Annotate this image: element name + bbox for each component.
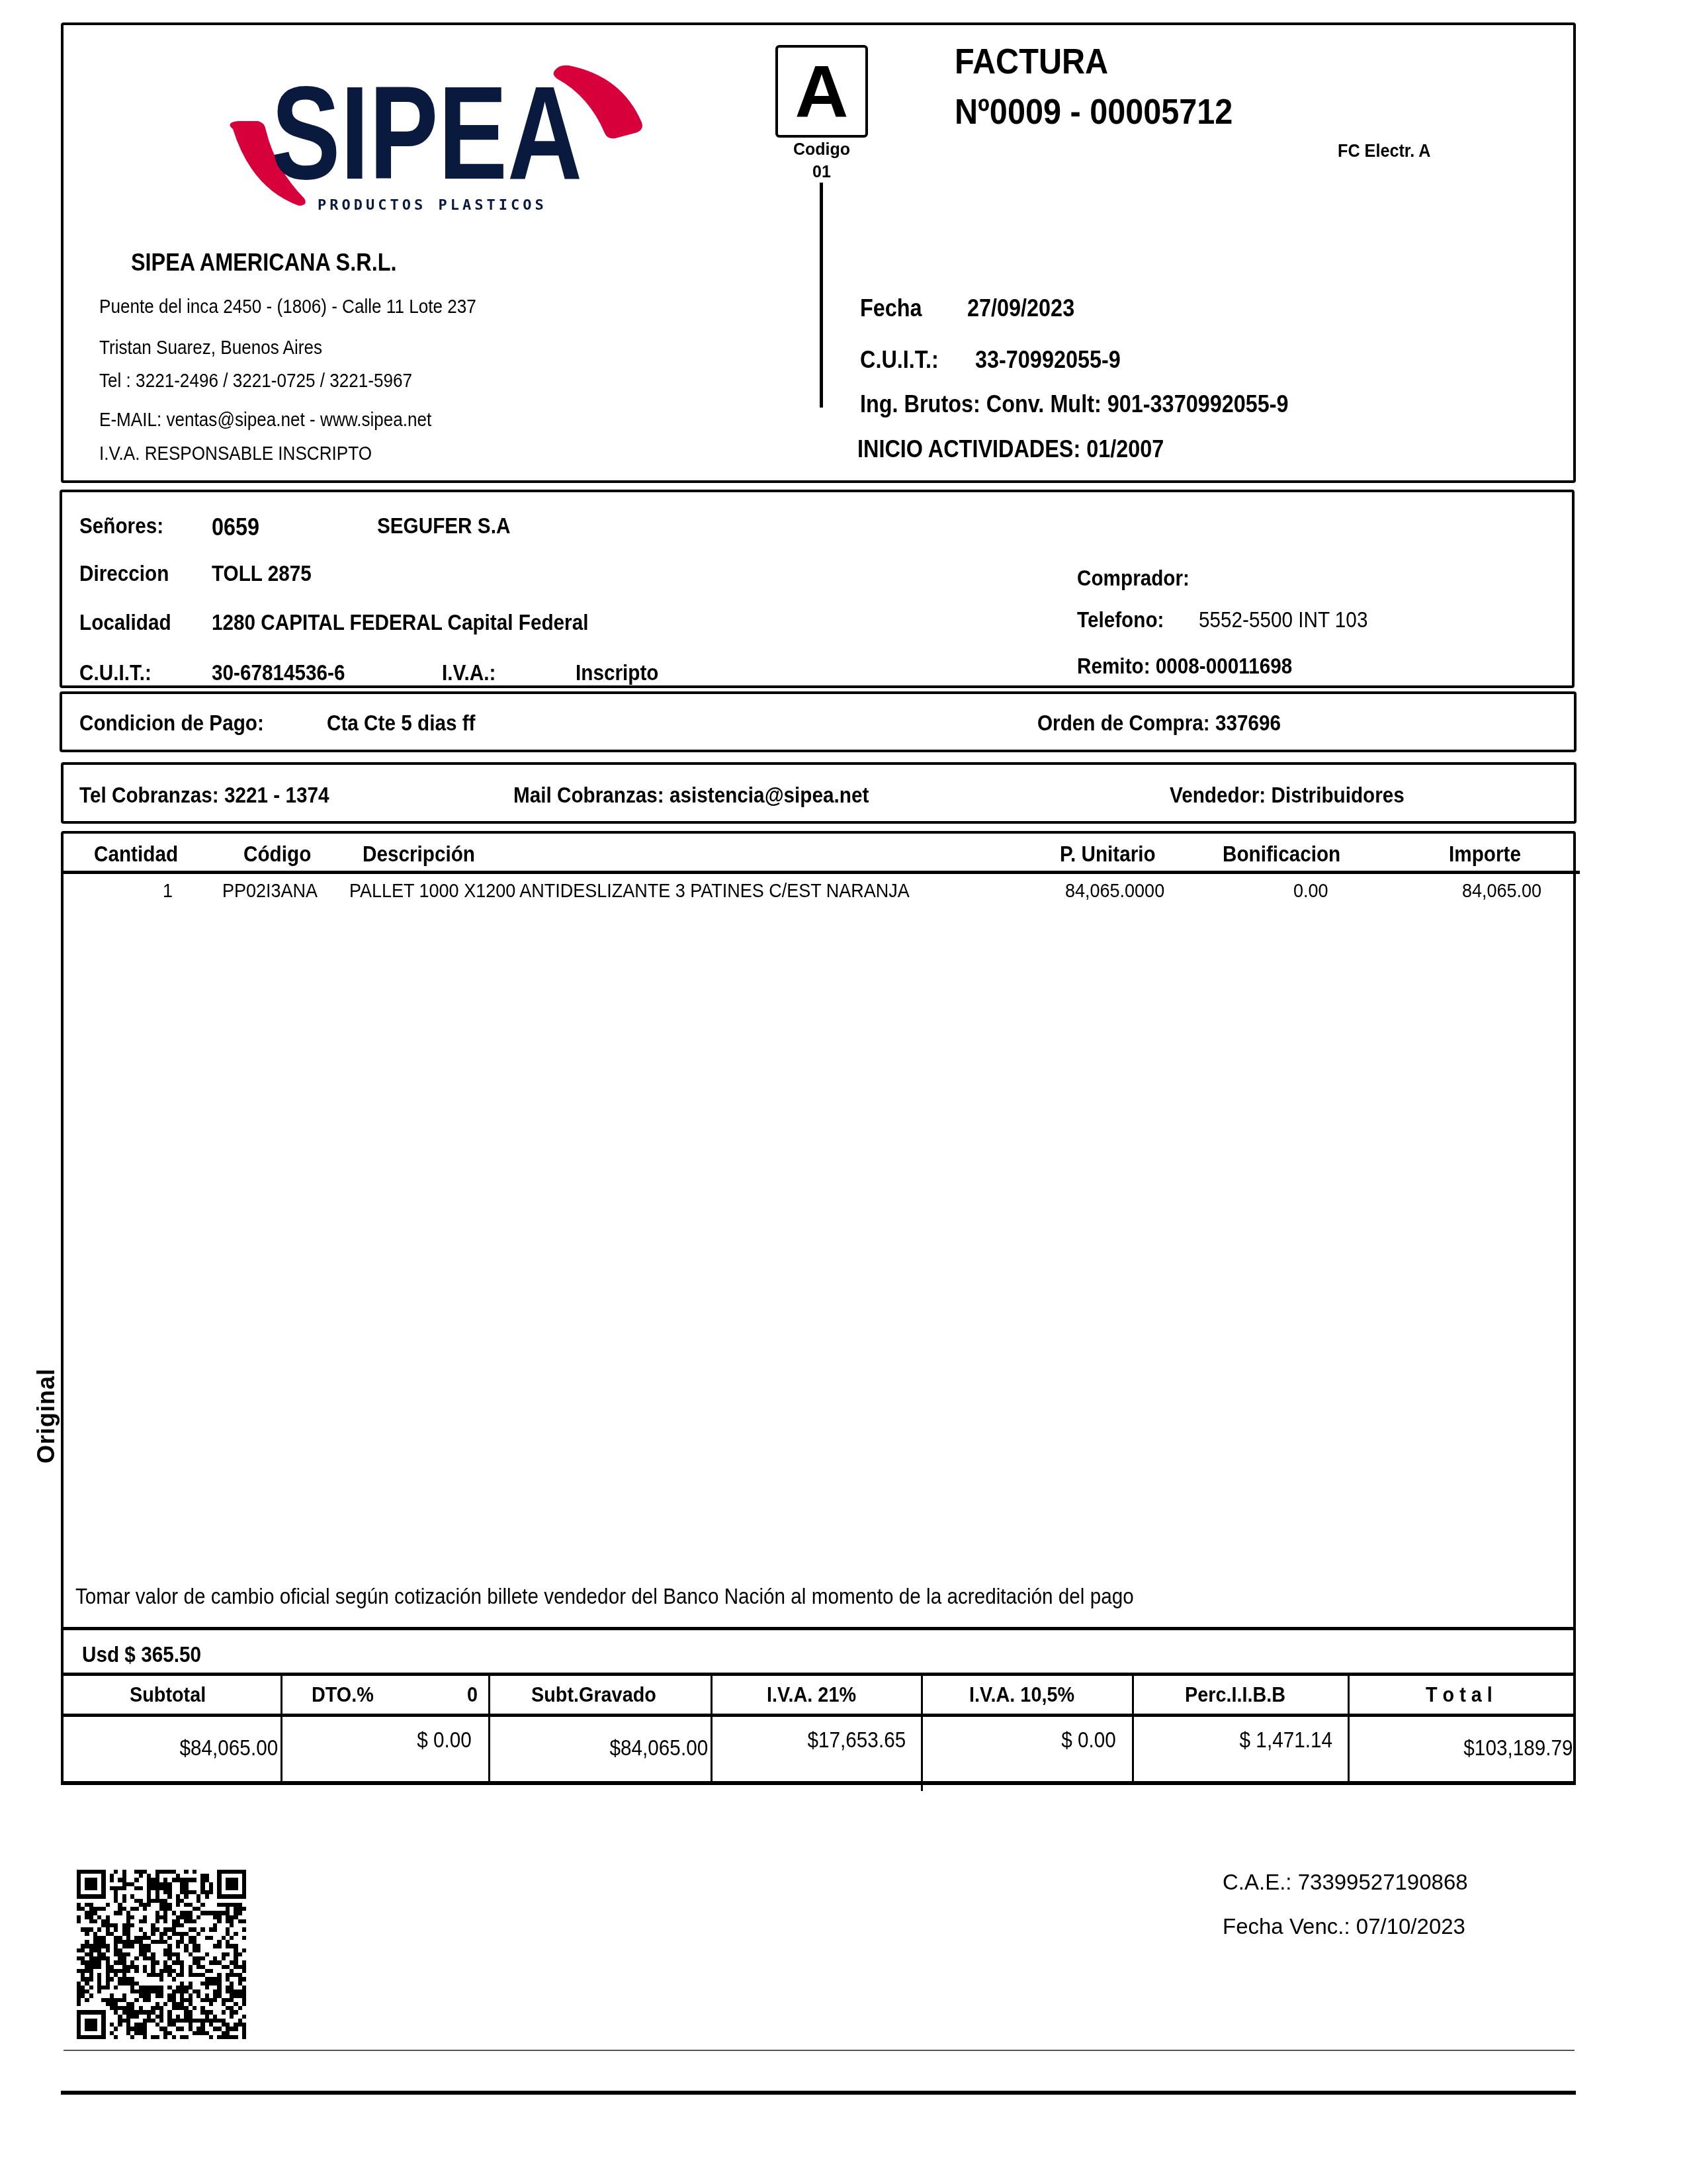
client-cuit-value: 30-67814536-6: [212, 660, 360, 685]
row-codigo: PP02I3ANA: [222, 880, 328, 902]
inicio-actividades: INICIO ACTIVIDADES: 01/2007: [857, 435, 1198, 463]
total-subtotal: $84,065.00: [64, 1728, 281, 1768]
svg-text:SIPEA: SIPEA: [271, 60, 582, 207]
logo-tagline: PRODUCTOS PLASTICOS: [318, 197, 547, 214]
fecha-value: 27/09/2023: [967, 294, 1086, 322]
codigo-label: Codigo: [775, 140, 868, 159]
invoice-letter-box: A: [775, 45, 868, 138]
client-cuit-label: C.U.I.T.:: [79, 660, 159, 685]
cae-expiry: Fecha Venc.: 07/10/2023: [1223, 1914, 1465, 1939]
invoice-number: Nº0009 - 00005712: [955, 91, 1264, 132]
row-importe: 84,065.00: [1462, 880, 1550, 902]
invoice-title: FACTURA: [955, 41, 1125, 82]
issuer-phone: Tel : 3221-2496 / 3221-0725 / 3221-5967: [99, 371, 447, 392]
th-subtotal: Subtotal: [64, 1676, 281, 1714]
items-table: [61, 831, 1576, 1784]
sipea-logo: SIPEA PRODUCTOS PLASTICOS: [218, 56, 655, 215]
issuer-address: Puente del inca 2450 - (1806) - Calle 11…: [99, 296, 518, 318]
th-perc-iibb: Perc.I.I.B.B: [1134, 1676, 1348, 1714]
row-descripcion: PALLET 1000 X1200 ANTIDESLIZANTE 3 PATIN…: [349, 880, 972, 902]
invoice-letter: A: [795, 49, 849, 134]
tel-cobranzas: Tel Cobranzas: 3221 - 1374: [79, 783, 357, 808]
total-iva-21: $17,653.65: [713, 1720, 908, 1760]
total-dto: $ 0.00: [282, 1720, 474, 1760]
th-iva-105: I.V.A. 10,5%: [923, 1676, 1132, 1714]
senores-label: Señores:: [79, 513, 173, 539]
usd-amount: Usd $ 365.50: [82, 1642, 214, 1667]
footer-inner-line: [64, 2050, 1575, 2051]
orden-compra: Orden de Compra: 337696: [1037, 711, 1308, 736]
issuer-name: SIPEA AMERICANA S.R.L.: [131, 249, 426, 277]
issuer-cuit-value: 33-70992055-9: [975, 346, 1137, 374]
mail-cobranzas: Mail Cobranzas: asistencia@sipea.net: [513, 783, 908, 808]
invoice-type: FC Electr. A: [1338, 140, 1441, 161]
th-iva-21: I.V.A. 21%: [713, 1676, 921, 1714]
condicion-pago-label: Condicion de Pago:: [79, 711, 284, 736]
client-iva-value: Inscripto: [576, 660, 668, 685]
ing-brutos: Ing. Brutos: Conv. Mult: 901-3370992055-…: [860, 390, 1336, 418]
col-codigo: Código: [243, 842, 319, 867]
col-descripcion: Descripción: [363, 842, 488, 867]
issuer-cuit-label: C.U.I.T.:: [860, 346, 947, 374]
row-cantidad: 1: [163, 880, 174, 902]
issuer-city: Tristan Suarez, Buenos Aires: [99, 337, 347, 359]
comprador-label: Comprador:: [1077, 566, 1202, 591]
exchange-rate-note: Tomar valor de cambio oficial según coti…: [75, 1584, 1252, 1609]
th-subt-gravado: Subt.Gravado: [490, 1676, 711, 1714]
payment-section: [60, 691, 1577, 752]
th-dto: DTO.% 0: [282, 1676, 488, 1714]
remito: Remito: 0008-00011698: [1077, 654, 1316, 679]
footer-bottom-line: [61, 2091, 1576, 2095]
codigo-number: 01: [775, 163, 868, 182]
direccion-label: Direccion: [79, 561, 179, 586]
th-total: T o t a l: [1350, 1676, 1576, 1714]
direccion-value: TOLL 2875: [212, 561, 323, 586]
col-importe: Importe: [1449, 842, 1529, 867]
header-divider: [820, 183, 823, 408]
client-section: [60, 490, 1575, 688]
telefono-value: 5552-5500 INT 103: [1199, 607, 1387, 633]
localidad-value: 1280 CAPITAL FEDERAL Capital Federal: [212, 610, 630, 635]
fecha-label: Fecha: [860, 294, 929, 322]
dto-percent-value: 0: [467, 1682, 478, 1707]
total-amount: $103,189.79: [1350, 1728, 1576, 1768]
issuer-email: E-MAIL: ventas@sipea.net - www.sipea.net: [99, 410, 468, 431]
col-p-unitario: P. Unitario: [1060, 842, 1166, 867]
client-code: 0659: [212, 513, 265, 541]
total-perc-iibb: $ 1,471.14: [1134, 1720, 1335, 1760]
row-p-unitario: 84,065.0000: [1065, 880, 1176, 902]
issuer-iva-status: I.V.A. RESPONSABLE INSCRIPTO: [99, 443, 402, 465]
total-subt-gravado: $84,065.00: [490, 1728, 711, 1768]
items-header-divider: [61, 871, 1580, 874]
note-divider: [61, 1627, 1576, 1630]
copy-type-text: Original: [32, 1368, 60, 1463]
total-iva-105: $ 0.00: [923, 1720, 1119, 1760]
telefono-label: Telefono:: [1077, 607, 1174, 633]
localidad-label: Localidad: [79, 610, 181, 635]
client-iva-label: I.V.A.:: [442, 660, 501, 685]
vendedor: Vendedor: Distribuidores: [1170, 783, 1430, 808]
client-name: SEGUFER S.A: [377, 513, 525, 539]
col-cantidad: Cantidad: [94, 842, 187, 867]
row-bonificacion: 0.00: [1293, 880, 1332, 902]
condicion-pago-value: Cta Cte 5 dias ff: [327, 711, 492, 736]
afip-qr-code: [77, 1870, 246, 2039]
cae-number: C.A.E.: 73399527190868: [1223, 1870, 1468, 1895]
col-bonificacion: Bonificacion: [1223, 842, 1354, 867]
